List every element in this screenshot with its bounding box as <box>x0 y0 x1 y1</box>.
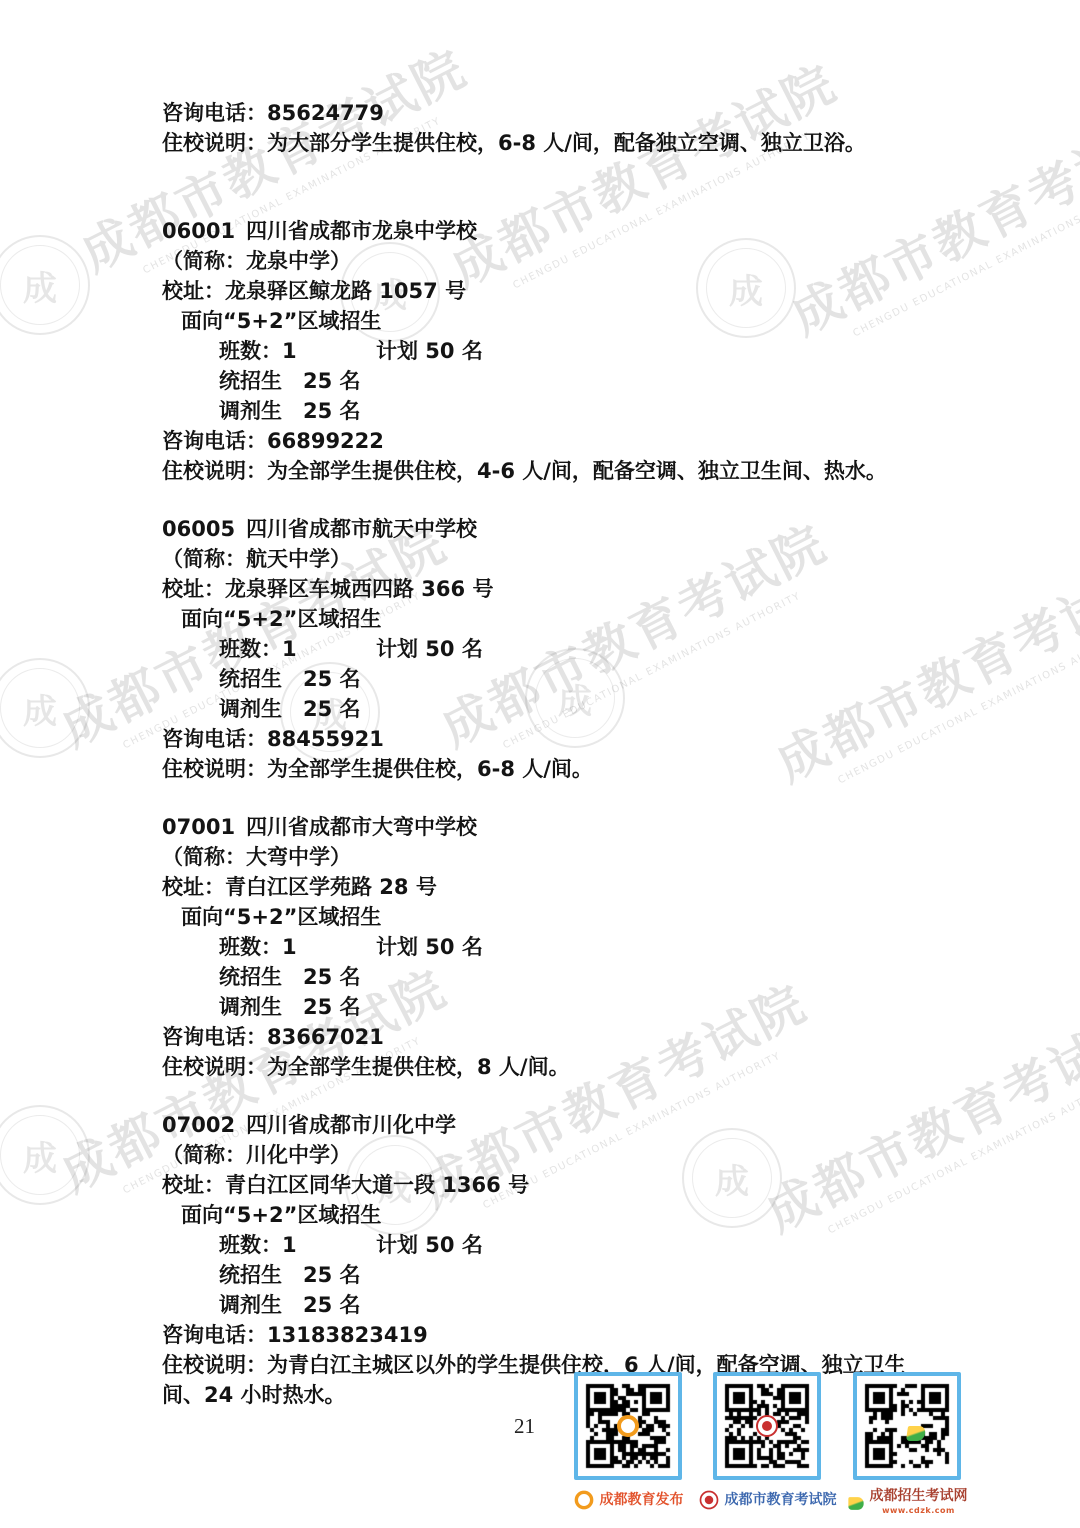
school-block-06001: 06001四川省成都市龙泉中学校 （简称：龙泉中学） 校址：龙泉驿区鲸龙路 10… <box>162 216 924 486</box>
seal-watermark-icon: 成 <box>0 1105 90 1205</box>
plan-count: 计划 50 名 <box>376 339 483 363</box>
consult-phone-line: 咨询电话：13183823419 <box>162 1320 924 1350</box>
school-code: 07002 <box>162 1113 235 1137</box>
school-code: 06005 <box>162 517 235 541</box>
school-title: 07002四川省成都市川化中学 <box>162 1110 924 1140</box>
class-plan-line: 班数：1计划 50 名 <box>162 932 924 962</box>
document-page: 成都市教育考试院CHENGDU EDUCATIONAL EXAMINATIONS… <box>0 0 1080 1528</box>
admission-scope: 面向“5+2”区域招生 <box>162 306 924 336</box>
plan-count: 计划 50 名 <box>376 1233 483 1257</box>
qr-caption-url: www.cdzk.com <box>882 1504 955 1518</box>
school-short-name: （简称：大弯中学） <box>162 842 924 872</box>
boarding-note-line: 住校说明：为青白江主城区以外的学生提供住校，6 人/间，配备空调、独立卫生间、2… <box>162 1350 924 1410</box>
qr-caption-text: 成都市教育考试院 <box>725 1493 837 1507</box>
plan-count: 计划 50 名 <box>376 935 483 959</box>
school-name: 四川省成都市川化中学 <box>246 1113 456 1137</box>
qr-caption: 成都招生考试网 www.cdzk.com <box>847 1489 968 1518</box>
school-block-07001: 07001四川省成都市大弯中学校 （简称：大弯中学） 校址：青白江区学苑路 28… <box>162 812 924 1082</box>
class-count: 班数：1 <box>219 336 376 366</box>
qr-caption: 成都教育发布 <box>573 1489 684 1511</box>
school-code: 07001 <box>162 815 235 839</box>
chengdu-education-release-logo-icon <box>574 1491 593 1510</box>
boarding-note-line: 住校说明：为全部学生提供住校，6-8 人/间。 <box>162 754 924 784</box>
school-block-06005: 06005四川省成都市航天中学校 （简称：航天中学） 校址：龙泉驿区车城西四路 … <box>162 514 924 784</box>
class-count: 班数：1 <box>219 1230 376 1260</box>
previous-school-tail-block: 咨询电话：85624779 住校说明：为大部分学生提供住校，6-8 人/间，配备… <box>162 98 924 158</box>
adjusted-admission-line: 调剂生 25 名 <box>162 1290 924 1320</box>
school-title: 07001四川省成都市大弯中学校 <box>162 812 924 842</box>
adjusted-admission-line: 调剂生 25 名 <box>162 694 924 724</box>
adjusted-admission-line: 调剂生 25 名 <box>162 396 924 426</box>
school-address: 校址：龙泉驿区车城西四路 366 号 <box>162 574 924 604</box>
school-title: 06005四川省成都市航天中学校 <box>162 514 924 544</box>
qr-caption: 成都市教育考试院 <box>698 1489 837 1511</box>
school-name: 四川省成都市航天中学校 <box>246 517 477 541</box>
plan-count: 计划 50 名 <box>376 637 483 661</box>
admission-scope: 面向“5+2”区域招生 <box>162 604 924 634</box>
school-address: 校址：青白江区同华大道一段 1366 号 <box>162 1170 924 1200</box>
unified-admission-line: 统招生 25 名 <box>162 962 924 992</box>
class-count: 班数：1 <box>219 634 376 664</box>
school-short-name: （简称：龙泉中学） <box>162 246 924 276</box>
consult-phone-line: 咨询电话：83667021 <box>162 1022 924 1052</box>
admission-website-logo-icon <box>848 1497 863 1510</box>
school-short-name: （简称：航天中学） <box>162 544 924 574</box>
school-code: 06001 <box>162 219 235 243</box>
consult-phone-line: 咨询电话：88455921 <box>162 724 924 754</box>
seal-watermark-icon: 成 <box>0 235 90 335</box>
school-name: 四川省成都市大弯中学校 <box>246 815 477 839</box>
consult-phone-line: 咨询电话：66899222 <box>162 426 924 456</box>
admission-scope: 面向“5+2”区域招生 <box>162 1200 924 1230</box>
school-address: 校址：龙泉驿区鲸龙路 1057 号 <box>162 276 924 306</box>
class-plan-line: 班数：1计划 50 名 <box>162 634 924 664</box>
school-short-name: （简称：川化中学） <box>162 1140 924 1170</box>
document-content: 咨询电话：85624779 住校说明：为大部分学生提供住校，6-8 人/间，配备… <box>162 98 924 1410</box>
class-plan-line: 班数：1计划 50 名 <box>162 1230 924 1260</box>
qr-center-logo-icon <box>617 1415 639 1437</box>
school-block-07002: 07002四川省成都市川化中学 （简称：川化中学） 校址：青白江区同华大道一段 … <box>162 1110 924 1410</box>
class-plan-line: 班数：1计划 50 名 <box>162 336 924 366</box>
qr-caption-text: 成都招生考试网 www.cdzk.com <box>870 1489 968 1518</box>
admission-scope: 面向“5+2”区域招生 <box>162 902 924 932</box>
seal-watermark-icon: 成 <box>0 658 90 758</box>
boarding-note-line: 住校说明：为全部学生提供住校，8 人/间。 <box>162 1052 924 1082</box>
unified-admission-line: 统招生 25 名 <box>162 664 924 694</box>
qr-center-logo-icon <box>756 1415 778 1437</box>
school-name: 四川省成都市龙泉中学校 <box>246 219 477 243</box>
adjusted-admission-line: 调剂生 25 名 <box>162 992 924 1022</box>
boarding-note-line: 住校说明：为大部分学生提供住校，6-8 人/间，配备独立空调、独立卫浴。 <box>162 128 924 158</box>
school-title: 06001四川省成都市龙泉中学校 <box>162 216 924 246</box>
boarding-note-line: 住校说明：为全部学生提供住校，4-6 人/间，配备空调、独立卫生间、热水。 <box>162 456 924 486</box>
class-count: 班数：1 <box>219 932 376 962</box>
qr-caption-text: 成都教育发布 <box>600 1493 684 1507</box>
page-number: 21 <box>514 1414 535 1439</box>
exam-authority-logo-icon <box>699 1491 718 1510</box>
unified-admission-line: 统招生 25 名 <box>162 366 924 396</box>
school-address: 校址：青白江区学苑路 28 号 <box>162 872 924 902</box>
unified-admission-line: 统招生 25 名 <box>162 1260 924 1290</box>
consult-phone-line: 咨询电话：85624779 <box>162 98 924 128</box>
qr-center-logo-icon <box>906 1426 926 1441</box>
